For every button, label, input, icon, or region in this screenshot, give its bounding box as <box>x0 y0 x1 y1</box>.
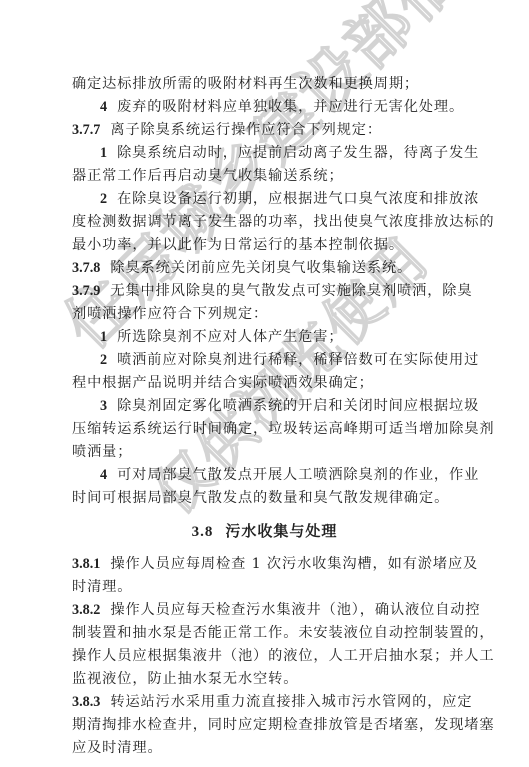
list-item: 4废弃的吸附材料应单独收集，并应进行无害化处理。 <box>100 97 464 117</box>
list-item: 2喷洒前应对除臭剂进行稀释，稀释倍数可在实际使用过 <box>100 350 464 370</box>
list-item: 1所选除臭剂不应对人体产生危害； <box>100 327 464 347</box>
list-item: 4可对局部臭气散发点开展人工喷洒除臭剂的作业，作业 <box>100 465 464 485</box>
text-line: 器正常工作后再启动臭气收集输送系统； <box>72 166 464 186</box>
text-line: 制装置和抽水泵是否能正常工作。未安装液位自动控制装置的， <box>72 623 464 643</box>
text-line: 程中根据产品说明并结合实际喷洒效果确定； <box>72 373 464 393</box>
clause-3-7-8: 3.7.8除臭系统关闭前应先关闭臭气收集输送系统。 <box>72 258 464 278</box>
clause-3-8-3: 3.8.3转运站污水采用重力流直接排入城市污水管网的，应定 <box>72 692 464 712</box>
text-line: 最小功率，并以此作为日常运行的基本控制依据。 <box>72 235 464 255</box>
text-line: 剂喷洒操作应符合下列规定： <box>72 304 464 324</box>
text-line: 时间可根据局部臭气散发点的数量和臭气散发规律确定。 <box>72 488 464 508</box>
clause-3-7-9: 3.7.9无集中排风除臭的臭气散发点可实施除臭剂喷洒，除臭 <box>72 281 464 301</box>
list-item: 1除臭系统启动时，应提前启动离子发生器，待离子发生 <box>100 143 464 163</box>
clause-3-7-7: 3.7.7离子除臭系统运行操作应符合下列规定： <box>72 120 464 140</box>
clause-3-8-1: 3.8.1操作人员应每周检查 1 次污水收集沟槽，如有淤堵应及 <box>72 554 464 574</box>
list-item: 3除臭剂固定雾化喷洒系统的开启和关闭时间应根据垃圾 <box>100 396 464 416</box>
list-item: 2在除臭设备运行初期，应根据进气口臭气浓度和排放浓 <box>100 189 464 209</box>
text-line: 期清掏排水检查井，同时应定期检查排放管是否堵塞，发现堵塞 <box>72 715 464 735</box>
document-page: 住房城乡建设部信息公开 仅供浏览使用 确定达标排放所需的吸附材料再生次数和更换周… <box>0 0 529 767</box>
section-heading: 3.8污水收集与处理 <box>0 520 529 541</box>
text-line: 时清理。 <box>72 577 464 597</box>
text-line: 喷洒量； <box>72 442 464 462</box>
text-line: 操作人员应根据集液井（池）的液位，人工开启抽水泵；并人工 <box>72 646 464 666</box>
text-line: 度检测数据调节离子发生器的功率，找出使臭气浓度排放达标的 <box>72 212 464 232</box>
clause-3-8-2: 3.8.2操作人员应每天检查污水集液井（池），确认液位自动控 <box>72 600 464 620</box>
text-line: 确定达标排放所需的吸附材料再生次数和更换周期； <box>72 74 464 94</box>
text-line: 监视液位，防止抽水泵无水空转。 <box>72 669 464 689</box>
text-line: 压缩转运系统运行时间确定，垃圾转运高峰期可适当增加除臭剂 <box>72 419 464 439</box>
text-line: 应及时清理。 <box>72 738 464 758</box>
